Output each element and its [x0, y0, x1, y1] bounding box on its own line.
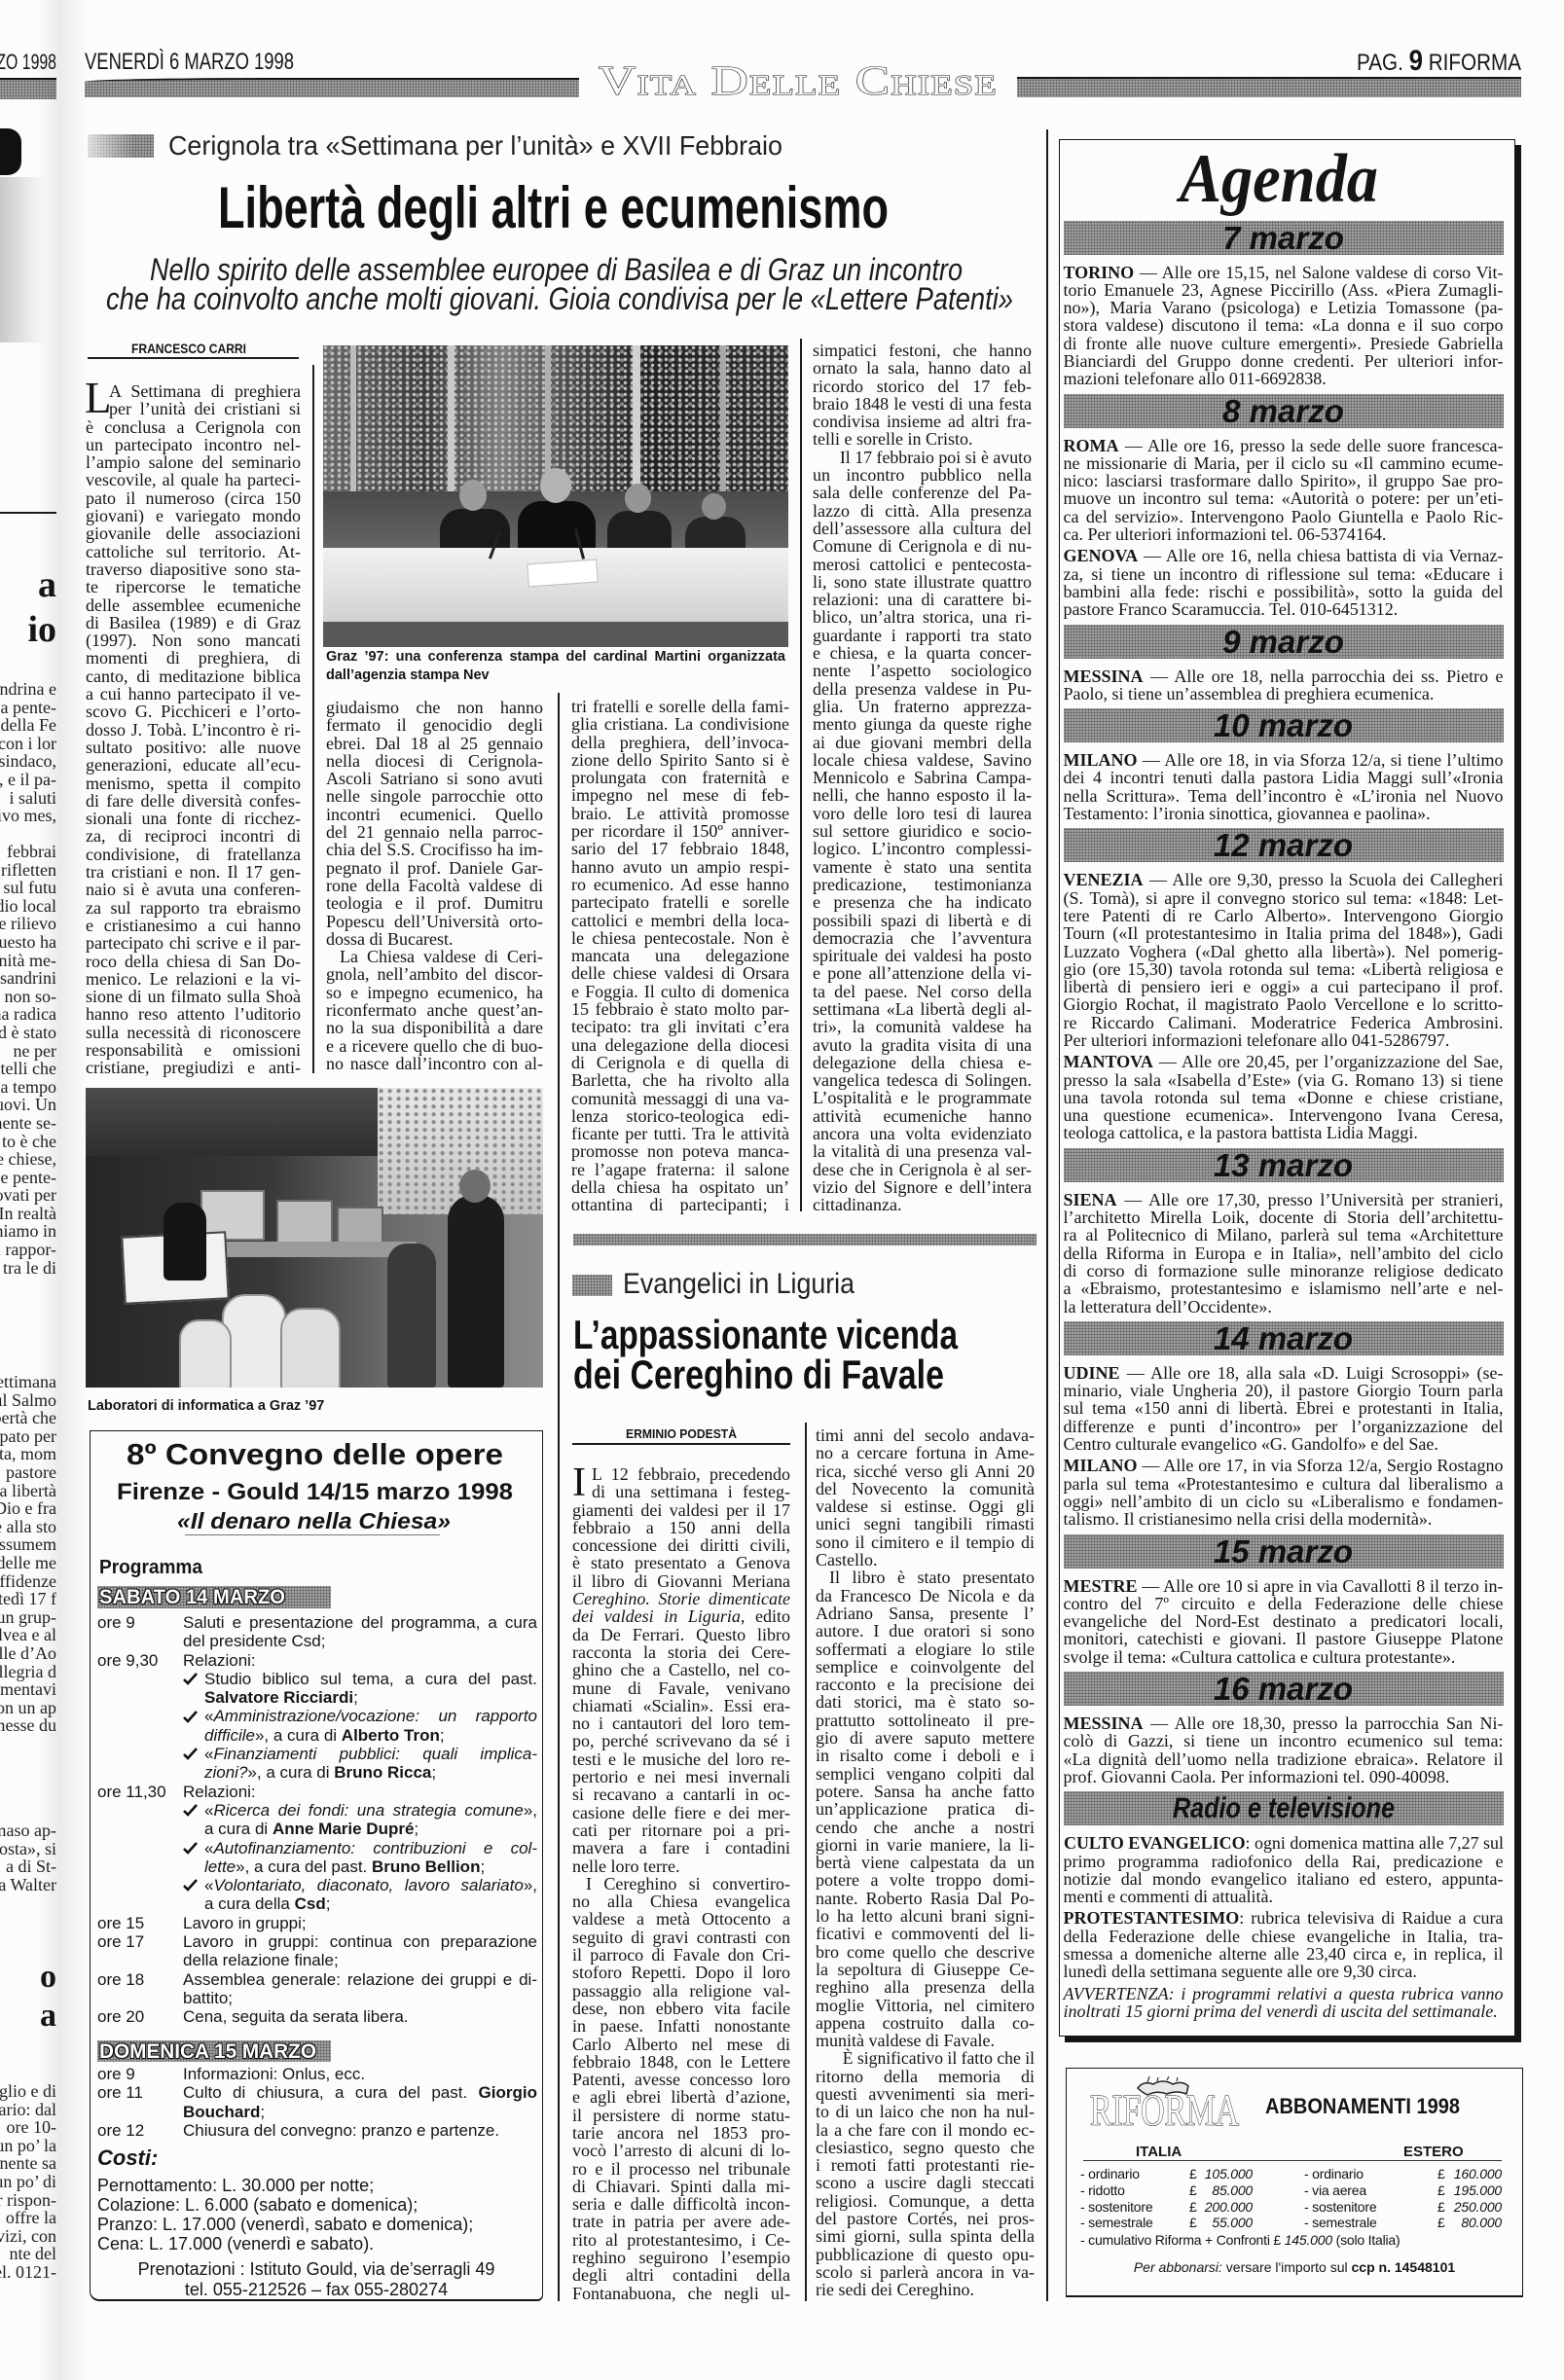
article2-byline: ERMINIO PODESTÀ — [626, 1427, 737, 1440]
text-line: «La dignità dell’uomo nella tradizione e… — [1064, 1750, 1504, 1768]
agenda-entry: MESSINA — Alle ore 18,30, presso la parr… — [1064, 1714, 1504, 1785]
text-line: hanno avuto un ampio respi- — [571, 858, 789, 876]
check-icon — [183, 1801, 204, 1820]
text-line: rie sedi dei Cereghino. — [816, 2281, 1035, 2298]
text-line: Cena, seguita da serata libera. — [183, 2007, 537, 2026]
date-label: 9 marzo — [1222, 625, 1344, 659]
text-line: inoltrati 15 giorni prima del venerdì di… — [1064, 2002, 1504, 2020]
text-line: menti e commenti di attualità. — [1064, 1888, 1504, 1905]
article-column-3: tri fratelli e sorelle della fami-glia c… — [571, 698, 789, 1214]
riforma-logo-text: RIFORMA — [1090, 2089, 1239, 2133]
rate-label: - via aerea — [1304, 2182, 1366, 2199]
text-line: sul settore giuridico e socio- — [813, 822, 1032, 840]
prev-photo-edge — [0, 128, 21, 175]
text-line: a «Ebraismo, protestantesimo e islamismo… — [1064, 1280, 1504, 1297]
text-line: condivisione, di fratellanza — [86, 846, 301, 863]
text-line: roco della chiesa di San Do- — [86, 953, 301, 970]
text-line: MESSINA — Alle ore 18, nella parrocchia … — [1064, 667, 1504, 685]
text-line: presso la sala «Isabella d’Este» (via G.… — [1064, 1071, 1504, 1089]
text-line: lenza storico-teologica edi- — [571, 1107, 789, 1125]
page-label-text: PAG. 9 RIFORMA — [1357, 49, 1521, 76]
text-line: dall’agenzia stampa Nev — [326, 667, 785, 685]
check-icon — [183, 1707, 204, 1725]
photo-seated-person — [164, 1203, 206, 1280]
photo-standing-person — [448, 1195, 504, 1388]
rate-label: - sostenitore — [1304, 2199, 1376, 2216]
text-line: (1997). Non sono mancati — [86, 631, 301, 649]
text-line: reghino alla presenza della — [816, 1978, 1035, 1996]
text-line: Centro culturale evangelico «G. Gandolfo… — [1064, 1435, 1504, 1453]
agenda-list: 7 marzo TORINO — Alle ore 15,15, nel Sal… — [1064, 215, 1504, 2025]
check-icon — [183, 1876, 204, 1894]
date-bar: 12 marzo — [1064, 828, 1504, 862]
text-line: promosse non poteva manca- — [571, 1142, 789, 1160]
text-line: stoforo Repetti. Dopo il loro — [572, 1964, 790, 1981]
text-line: dell’assessore alla cultura del — [813, 520, 1032, 537]
photo-person-head — [540, 468, 571, 503]
photo-press-conference — [323, 345, 788, 647]
text-line: TORINO — Alle ore 15,15, nel Salone vald… — [1064, 264, 1504, 281]
text-line: menico. Le relazioni e la vi- — [86, 970, 301, 988]
text-line: ta del paese. Nel corso della — [813, 983, 1032, 1000]
photo-person-head — [702, 493, 726, 520]
text-line: soffermati a elogiare lo stile — [816, 1641, 1035, 1658]
column-rule — [558, 693, 560, 2301]
text-line: ro e il processo nel tribunale — [572, 2160, 790, 2178]
page-column-rule — [1046, 129, 1048, 2301]
text-line: pegnato il prof. Daniele Gar- — [326, 859, 543, 877]
text-line: bro come quello che descrive — [816, 1943, 1035, 1961]
schedule-text: Culto di chiusura, a cura del past. Gior… — [183, 2083, 537, 2121]
text-line: sono il cimitero e il tempio di — [816, 1533, 1035, 1551]
text-line: no alla Chiesa evangelica — [572, 1893, 790, 1910]
text-line: delegazione della chiesa e- — [813, 1054, 1032, 1071]
text-line: sulla necessità di riconoscere — [86, 1024, 301, 1041]
radio-entry: CULTO EVANGELICO: ogni domenica mattina … — [1064, 1834, 1504, 1905]
section-separator-bar — [573, 1234, 1037, 1245]
text-line: cittadinanza. — [813, 1196, 1032, 1213]
text-line: no i cantautori del loro tem- — [572, 1714, 790, 1732]
photo-window-frame — [448, 345, 455, 501]
text-line: naio si è avuta una conferen- — [86, 881, 301, 898]
text-line: simi giorni, sulla spinta della — [816, 2227, 1035, 2245]
text-line: za sul rapporto tra ebraismo — [86, 899, 301, 917]
text-line: si recavano a cantarli in oc- — [572, 1785, 790, 1803]
text-line: il parroco di Favale don Cri- — [572, 1946, 790, 1964]
schedule-text: Lavoro in gruppi: continua con preparazi… — [183, 1932, 537, 1970]
text-line: ficante per tutti. Tra le attività — [571, 1125, 789, 1142]
photo-papers — [527, 559, 598, 588]
rate-amount: 160.000 — [1440, 2166, 1502, 2182]
text-line: partecipato fratelli e sorelle — [571, 893, 789, 911]
text-line: glia cristiana. La condivisione — [571, 715, 789, 733]
convegno-theme: «Il denaro nella Chiesa» — [177, 1510, 451, 1533]
text-line: differenze e punti d’incontro» per l’org… — [1064, 1418, 1504, 1435]
schedule-text: Informazioni: Onlus, ecc. — [183, 2065, 537, 2083]
text-line: la letteratura dell’Occidente». — [1064, 1298, 1504, 1316]
text-line: bambini alla fede: rischi e possibilità»… — [1064, 583, 1504, 600]
text-line: degli altri contadini della — [572, 2266, 790, 2284]
postal-account: ccp n. 14548101 — [1352, 2259, 1456, 2275]
text-line: VENEZIA — Alle ore 9,30, presso la Scuol… — [1064, 871, 1504, 888]
text-line: logico. L’incontro complessi- — [813, 840, 1032, 857]
rate-amount: 80.000 — [1440, 2215, 1502, 2231]
text-line: Giorgio Rochat, il magistrato Paolo Verc… — [1064, 995, 1504, 1013]
text-line: ca. Per ulteriori informazioni tel. 06-5… — [1064, 525, 1504, 543]
text-line: seria e dalle difficoltà incon- — [572, 2195, 790, 2213]
date-label: 12 marzo — [1214, 828, 1353, 862]
text-line: possibili spazi di libertà e di — [813, 912, 1032, 929]
schedule-text: Relazioni: — [183, 1783, 537, 1801]
date-bar: 8 marzo — [1064, 394, 1504, 428]
text-line: sario del 17 febbraio 1848, — [571, 840, 789, 857]
bullet-text: «Volontariato, diaconato, lavoro salaria… — [204, 1876, 537, 1914]
text-line: predicazione, testimonianza — [813, 876, 1032, 893]
text-line: Relazioni: — [183, 1651, 537, 1670]
text-line: di una settimana i festeg- — [572, 1483, 790, 1500]
schedule-item: ore 12 Chiusura del convegno: pranzo e p… — [97, 2121, 537, 2140]
text-line: delle assemblee ecumeniche — [86, 596, 301, 614]
text-line: libertà di pensiero ieri e oggi» a cui p… — [1064, 978, 1504, 995]
text-line: A Settimana di preghiera — [86, 382, 301, 400]
schedule-text: Saluti e presentazione del programma, a … — [183, 1613, 537, 1651]
text-line: del Novecento la comunità — [816, 1480, 1035, 1497]
text-line: za, di reciproci incontri di — [86, 827, 301, 845]
text-line: ne missionarie di Maria, per il ciclo su… — [1064, 454, 1504, 472]
text-line: notizie dal mondo evangelico italiano ed… — [1064, 1870, 1504, 1888]
schedule-bullet: Studio biblico sul tema, a cura del past… — [183, 1670, 537, 1708]
text-line: giudaismo che non hanno — [326, 699, 543, 716]
text-line: dossa di Bucarest. — [326, 930, 543, 948]
check-icon — [183, 1839, 204, 1857]
text-line: to di un laico che non ha nul- — [816, 2103, 1035, 2120]
article-kicker: Cerignola tra «Settimana per l’unità» e … — [168, 132, 782, 160]
text-line: 15 febbraio è stato molto par- — [571, 1000, 789, 1018]
text-line: lunedì della settimana seguente alle ore… — [1064, 1963, 1504, 1980]
text-line: ai due giovani membri della — [813, 734, 1032, 751]
bullet-text: «Ricerca dei fondi: una strategia comune… — [204, 1801, 537, 1839]
text-line: braio 1848 le vesti di una festa — [813, 395, 1032, 413]
text-line: dei valdesi in Liguria, edito — [572, 1607, 790, 1625]
text-line: Lavoro in gruppi; — [183, 1914, 537, 1932]
date-bar: 10 marzo — [1064, 708, 1504, 742]
program-heading-text: Programma — [99, 1558, 202, 1577]
photo-window — [378, 1088, 543, 1214]
text-line: partecipato chi scrive e il par- — [86, 934, 301, 952]
text-line: ficativi e commoventi del li- — [816, 1925, 1035, 1942]
text-line: scovo G. Picchiceri e l’orto- — [86, 703, 301, 720]
text-line: no»), Maria Varano (psicologa) e Letizia… — [1064, 299, 1504, 316]
text-line: di Basilea (1989) e di Graz — [86, 614, 301, 631]
date-bar: 13 marzo — [1064, 1148, 1504, 1182]
text-line: cattoliche sul territorio. At- — [86, 543, 301, 560]
text-line: autore. I due oratori si sono — [816, 1622, 1035, 1640]
text-line: Studio biblico sul tema, a cura del past… — [204, 1670, 537, 1688]
date-bar: 7 marzo — [1064, 221, 1504, 255]
text-line: ro ecumenico. Ad esse hanno — [571, 876, 789, 893]
text-line: il persistere di norme statu- — [572, 2107, 790, 2124]
schedule-item: ore 9 Saluti e presentazione del program… — [97, 1613, 537, 1651]
program-heading: Programma — [99, 1558, 202, 1577]
text-line: È significativo il fatto che il — [816, 2049, 1035, 2067]
text-line: la sepoltura di Giuseppe Ce- — [816, 1961, 1035, 1978]
rate-amount: 85.000 — [1192, 2182, 1253, 2199]
text-line: nelle singole parrocchie otto — [326, 787, 543, 805]
text-line: del pastore Cortés, nei pros- — [816, 2210, 1035, 2227]
text-line: monitori, catechisti e giovani. Il pasto… — [1064, 1630, 1504, 1647]
text-line: cattolici e membri della loca- — [571, 912, 789, 929]
text-line: colò di Gazzi, si tiene un incontro ecum… — [1064, 1732, 1504, 1749]
schedule-bullet: «Ricerca dei fondi: una strategia comune… — [183, 1801, 537, 1839]
text-line: sultato positivo: alle nuove — [86, 739, 301, 756]
text-line: gio di avere saputo mettere — [816, 1729, 1035, 1747]
text-line: racconta la storia dei Cere- — [572, 1643, 790, 1661]
text-line: a cura di Anne Marie Dupré; — [204, 1820, 537, 1838]
text-line: mancata una delegazione — [571, 947, 789, 964]
photo-table — [323, 548, 788, 624]
text-line: valdese si estinse. Oggi gli — [816, 1497, 1035, 1515]
text-line: Mennicolo e Sabrina Campa- — [813, 769, 1032, 786]
text-line: vocò l’arresto di alcuni di lo- — [572, 2142, 790, 2159]
text-line: battito; — [183, 1989, 537, 2007]
text-line: potere. Sansa ha anche fatto — [816, 1783, 1035, 1800]
text-line: telli e sorelle in Cristo. — [813, 430, 1032, 448]
article2-headline-text: L’appassionante vicenda — [573, 1315, 958, 1355]
text-line: torio Emanuele 23, Agnese Piccirillo (As… — [1064, 281, 1504, 299]
photo-ceiling — [86, 1088, 378, 1156]
header-band-right — [1017, 77, 1521, 97]
text-line: è stato presentato a Genova — [572, 1554, 790, 1571]
article2-headline-line: L’appassionante vicenda — [573, 1315, 958, 1355]
text-line: nella diocesi di Cerignola- — [326, 752, 543, 770]
text-line: l’architetto Mirella Loik, docente di St… — [1064, 1208, 1504, 1226]
text-line: i remoti fatti protestanti rie- — [816, 2156, 1035, 2174]
schedule-item: ore 11,30 Relazioni: «Ricerca dei fondi:… — [97, 1783, 537, 1914]
text-line: so e impegno ecumenico, ha — [326, 984, 543, 1001]
text-line: mazioni telefonare allo 011-6692838. — [1064, 370, 1504, 387]
text-line: braio. Le attività promosse — [571, 805, 789, 822]
text-line: momenti di preghiera, di — [86, 649, 301, 667]
text-line: unici segni tangibili rimasti — [816, 1515, 1035, 1533]
day-label-text: SABATO 14 MARZO — [99, 1586, 285, 1608]
text-line: della preghiera, dell’invoca- — [571, 734, 789, 751]
text-line: casione delle fiere e dei mer- — [572, 1804, 790, 1821]
rate-label: - semestrale — [1080, 2215, 1153, 2231]
text-line: teologia e il prof. Dumitru — [326, 894, 543, 912]
day-label: DOMENICA 15 MARZO — [99, 2040, 316, 2062]
section-title: Vita Delle Chiese — [599, 61, 998, 102]
text-line: za, si tiene un incontro di riflessione … — [1064, 565, 1504, 583]
text-line: ROMA — Alle ore 16, presso la sede delle… — [1064, 437, 1504, 454]
agenda-entry: SIENA — Alle ore 17,30, presso l’Univers… — [1064, 1191, 1504, 1316]
text-line: munità valdese di Favale. — [816, 2032, 1035, 2049]
convegno-title: 8º Convegno delle opere — [127, 1439, 503, 1469]
text-line: semplice e coinvolgente del — [816, 1658, 1035, 1676]
rate-amount: 250.000 — [1440, 2199, 1502, 2216]
photo-caption-2: Laboratori di informatica a Graz ’97 — [88, 1397, 324, 1416]
photo-monitor — [337, 1207, 383, 1245]
schedule-text: Relazioni: — [183, 1651, 537, 1670]
text-line: no nasce dall’incontro con al- — [326, 1055, 543, 1072]
radio-tv-label-text: Radio e televisione — [1173, 1791, 1395, 1825]
date-label: 8 marzo — [1222, 394, 1344, 428]
text-line: tecipato: tra gli invitati c’era — [571, 1018, 789, 1035]
article2-kicker-text: Evangelici in Liguria — [623, 1270, 855, 1299]
header-band-left — [85, 78, 579, 97]
rate-row: - ordinario£105.000 - ordinario£160.000 — [1066, 2166, 1523, 2182]
text-line: gio (ore 15,30) tavola rotonda sul tema:… — [1064, 960, 1504, 978]
text-line: cendo che anche a nostri — [816, 1819, 1035, 1836]
page-number: 9 — [1409, 45, 1423, 77]
text-line: rito al protestantesimo, i Ce- — [572, 2231, 790, 2249]
text-line: Per ulteriori informazioni telefonare al… — [1064, 1031, 1504, 1049]
text-line: Cereghino. Storie dimenticate — [572, 1590, 790, 1607]
text-line: La Chiesa valdese di Ceri- — [326, 948, 543, 965]
date-bar: 9 marzo — [1064, 625, 1504, 659]
text-line: SIENA — Alle ore 17,30, presso l’Univers… — [1064, 1191, 1504, 1208]
kicker-tab — [88, 134, 154, 158]
text-line: per ricordare il 150º anniver- — [571, 822, 789, 840]
agenda-entry: MESSINA — Alle ore 18, nella parrocchia … — [1064, 667, 1504, 703]
cost-item: Colazione: L. 6.000 (sabato e domenica); — [97, 2195, 473, 2215]
text-line: Bianciardi del Gruppo donne credenti. Pe… — [1064, 352, 1504, 370]
text-line: Tourn («Il protestantesimo in Italia pri… — [1064, 924, 1504, 942]
text-line: un incontro pubblico nella — [813, 466, 1032, 484]
text-line: e presenza che ha indicato — [813, 893, 1032, 911]
cost-item: Cena: L. 17.000 (venerdì e sabato). — [97, 2234, 473, 2254]
photo-person — [387, 1244, 436, 1388]
text-line: AVVERTENZA: i programmi relativi a quest… — [1064, 1985, 1504, 2002]
text-line: di fronte alle nuove culture emergenti».… — [1064, 335, 1504, 352]
cost-item: Pernottamento: L. 30.000 per notte; — [97, 2176, 473, 2195]
article2-headline-text: dei Cereghino di Favale — [573, 1354, 944, 1395]
schedule-time: ore 11 — [97, 2083, 183, 2102]
rate-label: - semestrale — [1304, 2215, 1377, 2231]
schedule-time: ore 9 — [97, 2065, 183, 2083]
subscription-footer-lead: Per abbonarsi: — [1134, 2259, 1222, 2275]
text-line: potere a volte troppo domi- — [816, 1871, 1035, 1889]
text-line: zioni?», a cura di Bruno Ricca; — [204, 1763, 537, 1782]
photo-caption: Graz ’97: una conferenza stampa del card… — [326, 648, 785, 685]
text-line: giovanile delle associazioni — [86, 524, 301, 542]
text-line: a cura della Csd; — [204, 1894, 537, 1913]
subscription-title: ABBONAMENTI 1998 — [1265, 2096, 1460, 2117]
article-column-1: A Settimana di preghieraper l’unità dei … — [86, 382, 301, 1077]
text-line: ca del servizio». Intervengono Paolo Giu… — [1064, 508, 1504, 525]
article-byline: FRANCESCO CARRI — [131, 342, 246, 355]
text-line: vangelica tedesca di Solingen. — [813, 1071, 1032, 1089]
text-line: dosso J. Tobà. L’incontro è ri- — [86, 721, 301, 739]
schedule-text: Cena, seguita da serata libera. — [183, 2007, 537, 2026]
text-line: in paese. Infatti nonostante — [572, 2017, 790, 2035]
article2-headline-line: dei Cereghino di Favale — [573, 1354, 944, 1395]
text-line: no a cercare fortuna in Ame- — [816, 1444, 1035, 1461]
text-line: sione di un filmato sulla Shoà — [86, 988, 301, 1005]
text-line: oggi» nell’ambito di un ciclo su «Libera… — [1064, 1493, 1504, 1510]
text-line: pertorio e nei mesi invernali — [572, 1768, 790, 1785]
text-line: è conclusa a Cerignola con — [86, 418, 301, 436]
text-line: L’ospitalità e le programmate — [813, 1089, 1032, 1106]
text-line: la vitalità di una presenza val- — [813, 1142, 1032, 1160]
rate-row: - semestrale£55.000 - semestrale£80.000 — [1066, 2215, 1523, 2231]
text-line: «Autofinanziamento: contribuzioni e col- — [204, 1839, 537, 1857]
text-line: una questione ecumenica». Intervengono I… — [1064, 1106, 1504, 1124]
text-line: l’ampio salone del seminario — [86, 453, 301, 471]
text-line: giorni in varie maniere, la li- — [816, 1836, 1035, 1854]
text-line: «Finanziamenti pubblici: quali implica- — [204, 1745, 537, 1763]
riforma-logo: RIFORMA — [1090, 2089, 1239, 2133]
column-rule — [805, 1423, 807, 2301]
text-line: primo programma radiofonico della Rai, p… — [1064, 1853, 1504, 1870]
text-line: un’applicazione pratica di- — [816, 1800, 1035, 1818]
agenda-entry: TORINO — Alle ore 15,15, nel Salone vald… — [1064, 264, 1504, 388]
schedule-time: ore 9 — [97, 1613, 183, 1632]
costs-heading: Costi: — [97, 2146, 158, 2170]
text-line: «Amministrazione/vocazione: un rapporto — [204, 1707, 537, 1725]
date-label: 13 marzo — [1214, 1148, 1353, 1182]
text-line: Testamento: l’ironia sinottica, giovanne… — [1064, 805, 1504, 822]
text-line: li, sono state illustrate quattro — [813, 573, 1032, 591]
text-line: glia. Un fraterno apprezza- — [813, 698, 1032, 715]
text-line: una tavola rotonda sul tema «Donne e chi… — [1064, 1089, 1504, 1106]
article-byline-text: FRANCESCO CARRI — [131, 342, 246, 355]
schedule-text: Lavoro in gruppi; — [183, 1914, 537, 1932]
text-line: incontri ecumenici. Quello — [326, 806, 543, 823]
text-line: spirituale dei valdesi ha posto — [813, 947, 1032, 964]
text-line: della relazione finale; — [183, 1951, 537, 1969]
text-line: lette», a cura del past. Bruno Bellion; — [204, 1857, 537, 1876]
text-line: timi anni del secolo andava- — [816, 1426, 1035, 1444]
text-line: nelli, che hanno esposto il la- — [813, 786, 1032, 804]
day-bar-sunday: DOMENICA 15 MARZO — [97, 2040, 331, 2062]
text-line: contro del 7º circuito e della Federazio… — [1064, 1595, 1504, 1612]
rate-amount: 195.000 — [1440, 2182, 1502, 2199]
text-line: rica, sicché verso gli Anni 20 — [816, 1462, 1035, 1480]
text-line: condivisa insieme ad altri fra- — [813, 413, 1032, 430]
check-icon — [183, 1670, 204, 1688]
date-bar: 14 marzo — [1064, 1321, 1504, 1355]
text-line: L 12 febbraio, precedendo — [572, 1465, 790, 1483]
text-line: del presidente Csd; — [183, 1632, 537, 1650]
text-line: evangeliche del Nord-Est destinato a pre… — [1064, 1612, 1504, 1630]
text-line: Il libro è stato presentato — [816, 1569, 1035, 1586]
costs-list: Pernottamento: L. 30.000 per notte; Cola… — [97, 2176, 473, 2254]
text-line: minario, viale Ungheria 20), il pastore … — [1064, 1382, 1504, 1399]
text-line: Barletta, che ha rivolto alla — [571, 1071, 789, 1089]
text-line: simpatici festoni, che hanno — [813, 342, 1032, 359]
text-line: concessione dei diritti civili, — [572, 1536, 790, 1554]
cost-item: Pranzo: L. 17.000 (venerdì, sabato e dom… — [97, 2215, 473, 2234]
subscription-rates: - ordinario£105.000 - ordinario£160.000 … — [1066, 2166, 1523, 2249]
date-bar: 16 marzo — [1064, 1672, 1504, 1706]
text-line: lazzo di città. Alla presenza — [813, 502, 1032, 520]
agenda-title-text: Agenda — [1180, 142, 1378, 216]
day-label: SABATO 14 MARZO — [99, 1586, 285, 1608]
text-line: smessa a domeniche alterne alle 23,40 ci… — [1064, 1945, 1504, 1963]
cumulative-label: - cumulativo Riforma + Confronti £ — [1080, 2232, 1285, 2248]
text-line: semplici vengano colpiti dal — [816, 1765, 1035, 1783]
text-line: ottantina di partecipanti; i — [571, 1196, 789, 1213]
text-line: febbraio 1848, con le Lettere — [572, 2053, 790, 2071]
text-line: ra al Politecnico di Milano, parlerà sul… — [1064, 1226, 1504, 1244]
text-line: Culto di chiusura, a cura del past. Gior… — [183, 2083, 537, 2102]
text-line: UDINE — Alle ore 18, alla sala «D. Luigi… — [1064, 1364, 1504, 1382]
text-line: ritorno della memoria di — [816, 2068, 1035, 2085]
article2-column-1: L 12 febbraio, precedendodi una settiman… — [572, 1465, 790, 2302]
text-line: vescovile, al quale ha parteci- — [86, 471, 301, 488]
bullet-text: «Finanziamenti pubblici: quali implica-z… — [204, 1745, 537, 1783]
text-line: trate in patria per avere ade- — [572, 2213, 790, 2230]
